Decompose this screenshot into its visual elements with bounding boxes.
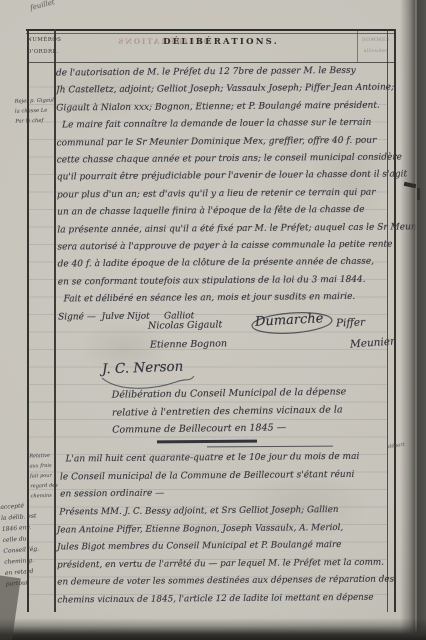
signature-gigault: Nicolas Gigault [148, 319, 223, 331]
signature-nerson: J. C. Nerson [102, 359, 184, 378]
section-heading: Délibération du Conseil Municipal de la … [112, 383, 353, 439]
numeros-dordre-header: NUMÉROS D'ORDRE. [27, 34, 55, 58]
underlying-pages-edge [415, 0, 417, 640]
dordre-label: D'ORDRE. [27, 46, 55, 58]
margin-note-top: Rejet p. Gigault la chasse Le Par le che… [14, 95, 60, 127]
heading-line: relative à l'entretien des chemins vicin… [112, 401, 352, 422]
manuscript-line: L'an mil huit cent quarante-quatre et le… [60, 449, 390, 469]
signature-piffer: Piffer [336, 316, 366, 329]
numeros-label: NUMÉROS [27, 34, 55, 46]
deliberation-text-2: L'an mil huit cent quarante-quatre et le… [60, 449, 390, 504]
page-edge-mark [417, 188, 420, 200]
table-border-top-outer [26, 29, 396, 31]
signature-meunier: Meunier [350, 335, 396, 350]
pencil-note: feuillet [29, 0, 55, 12]
scanned-register-photo: feuillet NUMÉROS D'ORDRE. DÉLIBÉRATIONS … [0, 0, 426, 640]
sommes-header: SOMMES allouées [358, 35, 394, 57]
manuscript-line: en session ordinaire — [60, 484, 390, 504]
page-title: DÉLIBÉRATIONS. [55, 37, 387, 47]
margin-note-line: regard des [30, 480, 60, 491]
manuscript-line: en demeure de voter les sommes destinées… [57, 572, 393, 592]
allouees-label: allouées [358, 46, 394, 57]
margin-note-middle: Relative aux frais fait pour regard des … [29, 450, 61, 501]
signature-bognon: Etienne Bognon [150, 338, 227, 350]
manuscript-line: Jean Antoine Piffer, Etienne Bognon, Jos… [57, 519, 393, 539]
deliberation-text-3: Présents MM. J. C. Bessy adjoint, et Srs… [57, 502, 394, 610]
page-edge-shadow-bottom [0, 618, 426, 640]
deliberation-text-1: de l'autorisation de M. le Préfet du 12 … [56, 63, 392, 327]
manuscript-line: chemins vicinaux de 1845, l'article 12 d… [57, 589, 393, 609]
manuscript-line: Fait et délibéré en séance les an, mois … [58, 289, 392, 309]
manuscript-line: le Conseil municipal de la Commune de Be… [60, 466, 390, 486]
margin-note-line: Par le chef [15, 115, 60, 127]
page-edge-shadow-right [400, 0, 426, 640]
table-border-top-inner [26, 33, 396, 34]
sommes-label: SOMMES [358, 35, 394, 46]
table-border-right-outer [394, 29, 396, 612]
heading-line: Commune de Beillecourt en 1845 — [112, 418, 352, 439]
